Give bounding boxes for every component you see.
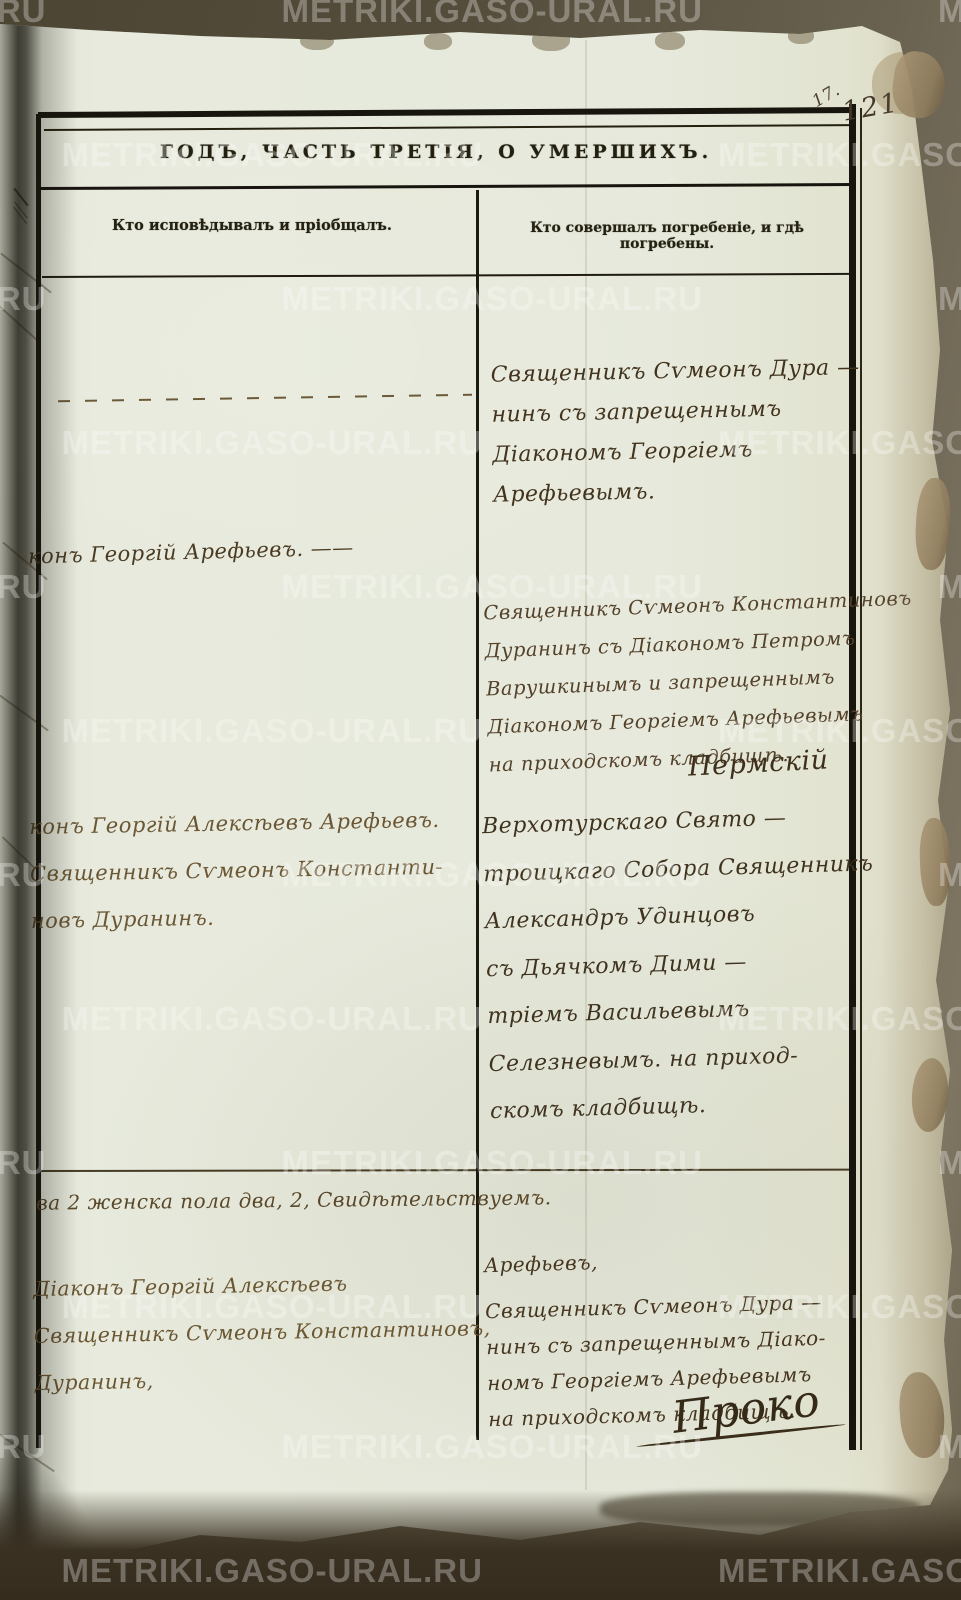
column-header-burial: Кто совершалъ погребеніе, и гдѣ погребен… xyxy=(486,220,848,252)
entry-line: Діаконъ Георгій Алексѣевъ xyxy=(33,1258,494,1313)
watermark-text: METRIKI.GASO-URAL.RU xyxy=(938,280,961,318)
watermark-text: METRIKI.GASO-URAL.RU xyxy=(938,0,961,30)
totals-line: ва 2 женска пола два, 2, Свидѣтельствуем… xyxy=(36,1185,552,1214)
edge-stain xyxy=(300,30,334,50)
table-border-top xyxy=(38,107,856,118)
handwritten-ditto-dash xyxy=(58,394,472,403)
paper-sheet: ГОДЪ, ЧАСТЬ ТРЕТІЯ, О УМЕРШИХЪ. Кто испо… xyxy=(0,0,961,1600)
entry-line: Арефьевымъ. xyxy=(493,468,850,515)
column-header-confession: Кто исповѣдывалъ и пріобщалъ. xyxy=(52,217,452,234)
entry-line: новъ Дуранинъ. xyxy=(30,890,486,945)
section-divider-rule xyxy=(37,1169,850,1172)
entry-line: конъ Георгій Алексѣевъ Арефьевъ. xyxy=(29,796,485,851)
marginal-note: Пермскій xyxy=(687,744,829,782)
table-border-top-inner xyxy=(44,124,850,131)
watermark-row: METRIKI.GASO-URAL.RUMETRIKI.GASO-URAL.RU… xyxy=(0,0,961,30)
watermark-text: METRIKI.GASO-URAL.RU xyxy=(281,0,702,30)
rule-below-title xyxy=(40,183,854,190)
entry-line: Арефьевъ, xyxy=(483,1237,858,1283)
edge-stain xyxy=(424,33,452,50)
page-title: ГОДЪ, ЧАСТЬ ТРЕТІЯ, О УМЕРШИХЪ. xyxy=(160,141,700,163)
edge-stain xyxy=(532,29,570,51)
edge-stain xyxy=(655,32,685,50)
confession-entry-2: конъ Георгій Алексѣевъ Арефьевъ. Священн… xyxy=(29,796,486,945)
burial-entry-3: Верхотурскаго Свято — троицкаго Собора С… xyxy=(481,793,862,1136)
entry-line: скомъ кладбищѣ. xyxy=(489,1078,862,1136)
burial-entry-1: Священникъ Сѵмеонъ Дура — нинъ съ запрещ… xyxy=(490,348,849,515)
binding-gutter-shadow xyxy=(0,0,80,1600)
edge-stain xyxy=(788,28,814,44)
scanned-register-page: ГОДЪ, ЧАСТЬ ТРЕТІЯ, О УМЕРШИХЪ. Кто испо… xyxy=(0,0,961,1600)
table-border-right-inner xyxy=(860,108,862,1450)
entry-line: Священникъ Сѵмеонъ Константи- xyxy=(30,843,486,898)
desk-shadow-bottom xyxy=(0,1490,961,1600)
rule-below-headers xyxy=(42,273,852,278)
entry-line: Священникъ Сѵмеонъ Константиновъ, xyxy=(34,1305,495,1360)
right-edge-shading xyxy=(880,0,961,1600)
entry-line: Священникъ Сѵмеонъ Дура — xyxy=(490,348,847,395)
